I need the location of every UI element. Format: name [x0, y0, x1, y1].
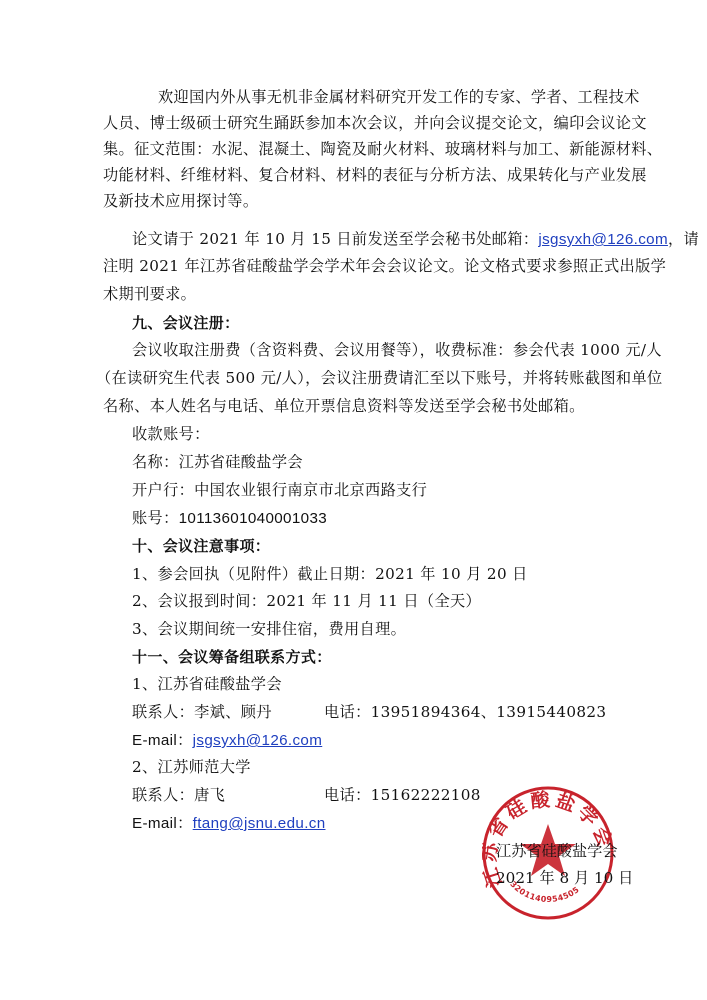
- intro-line-2: 人员、博士级硕士研究生踊跃参加本次会议，并向会议提交论文，编印会议论文: [103, 112, 603, 134]
- submission-line-2: 注明 2021 年江苏省硅酸盐学会学术年会会议论文。论文格式要求参照正式出版学: [103, 255, 603, 277]
- account-number-label: 账号：: [132, 509, 179, 527]
- section-9-heading: 九、会议注册：: [132, 312, 632, 334]
- section-9-line-1: 会议收取注册费（含资料费、会议用餐等），收费标准：参会代表 1000 元/人: [132, 339, 632, 361]
- account-bank: 开户行：中国农业银行南京市北京西路支行: [132, 479, 632, 501]
- contact-1-person: 联系人：李斌、顾丹: [132, 703, 272, 721]
- contact-2-person: 联系人：唐飞: [132, 786, 225, 804]
- submission-email-link[interactable]: jsgsyxh@126.com: [538, 231, 668, 248]
- section-11-heading: 十一、会议筹备组联系方式：: [132, 646, 632, 668]
- intro-line-3: 集。征文范围：水泥、混凝土、陶瓷及耐火材料、玻璃材料与加工、新能源材料、: [103, 138, 603, 160]
- notice-item-1: 1、参会回执（见附件）截止日期：2021 年 10 月 20 日: [132, 563, 632, 585]
- contact-1-email-link[interactable]: jsgsyxh@126.com: [193, 732, 323, 749]
- contact-1-email-row: E-mail：jsgsyxh@126.com: [132, 729, 632, 751]
- submission-line-1: 论文请于 2021 年 10 月 15 日前发送至学会秘书处邮箱：jsgsyxh…: [132, 228, 632, 250]
- submission-line-3: 术期刊要求。: [103, 283, 603, 305]
- submission-text: 论文请于 2021 年 10 月 15 日前发送至学会秘书处邮箱：: [132, 230, 538, 248]
- notice-item-3: 3、会议期间统一安排住宿，费用自理。: [132, 618, 632, 640]
- contact-2-phone: 电话：15162222108: [324, 784, 481, 806]
- contact-2-email-link[interactable]: ftang@jsnu.edu.cn: [193, 815, 326, 832]
- intro-line-5: 及新技术应用探讨等。: [103, 190, 603, 212]
- section-10-heading: 十、会议注意事项：: [132, 535, 632, 557]
- section-9-line-2: （在读研究生代表 500 元/人），会议注册费请汇至以下账号，并将转账截图和单位: [96, 367, 596, 389]
- intro-line-4: 功能材料、纤维材料、复合材料、材料的表征与分析方法、成果转化与产业发展: [103, 164, 603, 186]
- account-label: 收款账号：: [132, 423, 632, 445]
- submission-text-after: ，请: [668, 230, 699, 248]
- signature-date: 2021 年 8 月 10 日: [496, 867, 633, 889]
- notice-item-2: 2、会议报到时间：2021 年 11 月 11 日（全天）: [132, 590, 632, 612]
- intro-line-1: 欢迎国内外从事无机非金属材料研究开发工作的专家、学者、工程技术: [158, 86, 658, 108]
- contact-2-email-label: E-mail：: [132, 815, 193, 832]
- contact-1-email-label: E-mail：: [132, 732, 193, 749]
- document-page: 欢迎国内外从事无机非金属材料研究开发工作的专家、学者、工程技术 人员、博士级硕士…: [0, 0, 707, 1000]
- account-number-line: 账号：10113601040001033: [132, 507, 632, 529]
- contact-1-row: 联系人：李斌、顾丹 电话：13951894364、13915440823: [132, 701, 632, 723]
- contact-2-org: 2、江苏师范大学: [132, 756, 632, 778]
- section-9-line-3: 名称、本人姓名与电话、单位开票信息资料等发送至学会秘书处邮箱。: [103, 395, 603, 417]
- account-name: 名称：江苏省硅酸盐学会: [132, 451, 632, 473]
- signature-org: 江苏省硅酸盐学会: [496, 840, 618, 862]
- contact-1-org: 1、江苏省硅酸盐学会: [132, 673, 632, 695]
- contact-1-phone: 电话：13951894364、13915440823: [324, 701, 606, 723]
- account-number: 10113601040001033: [179, 510, 327, 527]
